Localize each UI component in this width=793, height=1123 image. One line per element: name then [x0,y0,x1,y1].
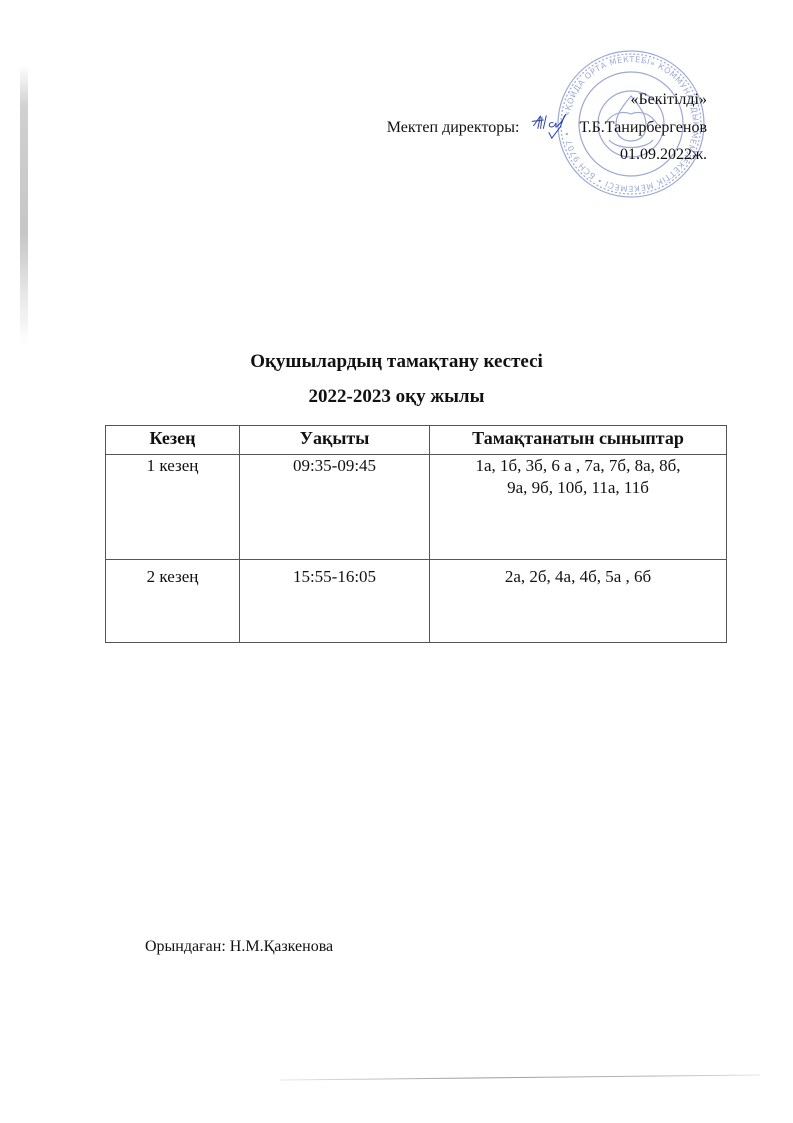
scan-line-artifact [280,1074,760,1080]
table-header-row: Кезең Уақыты Тамақтанатын сыныптар [106,426,727,455]
director-name: Т.Б.Танирбергенов [579,114,707,141]
cell-classes: 2а, 2б, 4а, 4б, 5а , 6б [430,560,727,643]
executor-signature-line: Орындаған: Н.М.Қазкенова [145,938,333,956]
signature-icon [523,113,575,141]
header-period: Кезең [106,426,240,455]
classes-line: 9а, 9б, 10б, 11а, 11б [436,477,720,499]
scan-edge-artifact [20,65,28,345]
classes-line: 1а, 1б, 3б, 6 а , 7а, 7б, 8а, 8б, [436,455,720,477]
document-title: Оқушылардың тамақтану кестесі [0,351,793,373]
approval-date: 01.09.2022ж. [387,141,707,168]
cell-time: 09:35-09:45 [240,455,430,560]
cell-period: 2 кезең [106,560,240,643]
meal-schedule-table: Кезең Уақыты Тамақтанатын сыныптар 1 кез… [105,425,727,643]
cell-period: 1 кезең [106,455,240,560]
table-row: 2 кезең 15:55-16:05 2а, 2б, 4а, 4б, 5а ,… [106,560,727,643]
cell-time: 15:55-16:05 [240,560,430,643]
classes-line: 2а, 2б, 4а, 4б, 5а , 6б [436,566,720,588]
cell-classes: 1а, 1б, 3б, 6 а , 7а, 7б, 8а, 8б, 9а, 9б… [430,455,727,560]
header-classes: Тамақтанатын сыныптар [430,426,727,455]
header-time: Уақыты [240,426,430,455]
director-label: Мектеп директоры: [387,114,520,141]
approval-block: «Бекітілді» Мектеп директоры: Т.Б.Танирб… [387,86,707,168]
approval-status: «Бекітілді» [387,86,707,113]
document-subtitle: 2022-2023 оқу жылы [0,386,793,408]
table-row: 1 кезең 09:35-09:45 1а, 1б, 3б, 6 а , 7а… [106,455,727,560]
